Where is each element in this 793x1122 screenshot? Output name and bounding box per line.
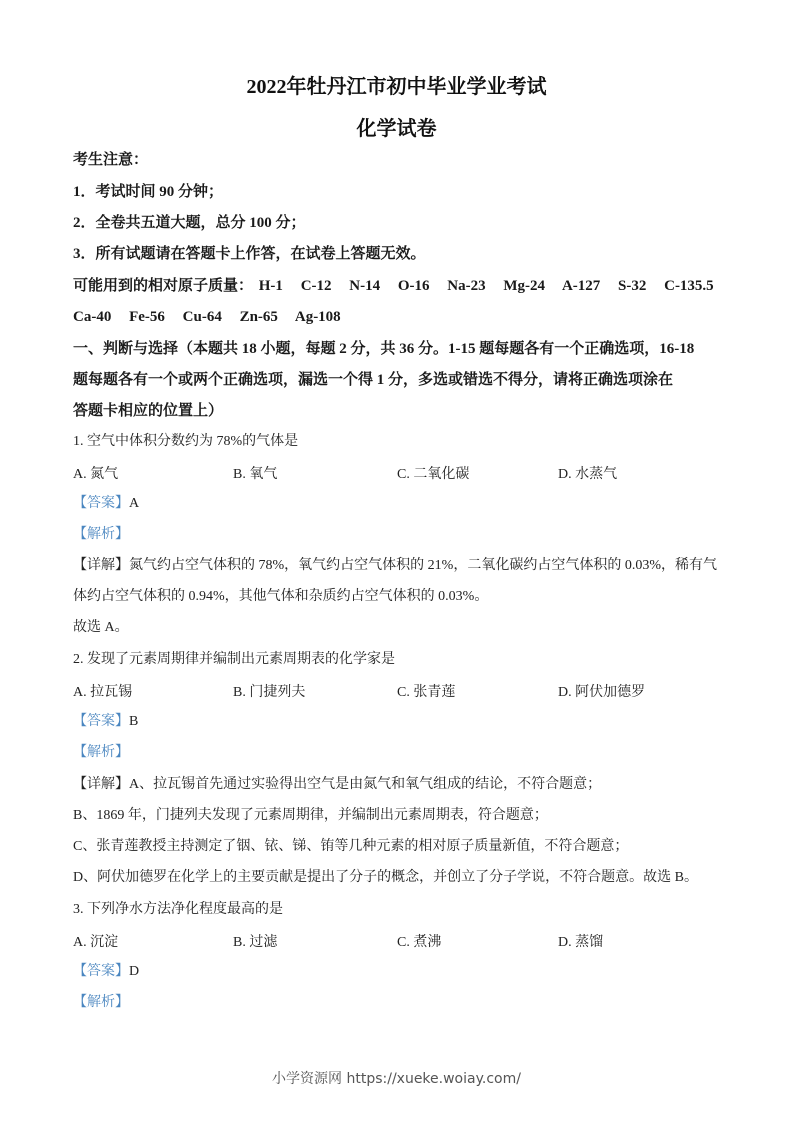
- section-1-instructions-line-3: 答题卡相应的位置上）: [73, 401, 223, 421]
- atomic-mass: C-12: [301, 278, 332, 294]
- notice-heading: 考生注意：: [73, 150, 148, 170]
- atomic-mass: Mg-24: [503, 278, 545, 294]
- answer-value: B: [129, 714, 138, 729]
- detail-text: A、拉瓦锡首先通过实验得出空气是由氮气和氧气组成的结论，不符合题意；: [129, 777, 601, 792]
- answer-value: A: [129, 496, 139, 511]
- answer-label: 【答案】: [73, 496, 129, 511]
- question-2-option-b: B. 门捷列夫: [233, 681, 305, 701]
- question-2-option-d: D. 阿伏加德罗: [558, 681, 645, 701]
- answer-label: 【答案】: [73, 714, 129, 729]
- question-3-answer: 【答案】D: [73, 962, 139, 982]
- atomic-mass: Na-23: [447, 278, 485, 294]
- question-3-option-b: B. 过滤: [233, 931, 277, 951]
- atomic-mass: Cu-64: [183, 309, 222, 325]
- question-2-option-c: C. 张青莲: [397, 681, 455, 701]
- question-3-option-c: C. 煮沸: [397, 931, 441, 951]
- question-2-detail-line-3: C、张青莲教授主持测定了铟、铱、锑、铕等几种元素的相对原子质量新值，不符合题意；: [73, 837, 628, 857]
- question-3-option-d: D. 蒸馏: [558, 931, 603, 951]
- question-1-option-c: C. 二氧化碳: [397, 463, 469, 483]
- footer-watermark: 小学资源网 https://xueke.woiay.com/: [0, 1068, 793, 1088]
- answer-label: 【答案】: [73, 964, 129, 979]
- question-2-answer: 【答案】B: [73, 712, 138, 732]
- detail-text: 氮气约占空气体积的 78%，氧气约占空气体积的 21%，二氧化碳约占空气体积的 …: [129, 558, 717, 573]
- notice-item-1: 1．考试时间 90 分钟；: [73, 182, 223, 202]
- atomic-mass: S-32: [618, 278, 646, 294]
- question-1-conclusion: 故选 A。: [73, 618, 129, 638]
- question-1-option-a: A. 氮气: [73, 463, 118, 483]
- question-1-stem: 1. 空气中体积分数约为 78%的气体是: [73, 432, 298, 452]
- atomic-mass: Ca-40: [73, 309, 111, 325]
- question-2-option-a: A. 拉瓦锡: [73, 681, 132, 701]
- atomic-mass: N-14: [349, 278, 380, 294]
- atomic-mass: O-16: [398, 278, 430, 294]
- answer-value: D: [129, 964, 139, 979]
- atomic-mass-label: 可能用到的相对原子质量：: [73, 278, 253, 294]
- notice-item-3: 3．所有试题请在答题卡上作答，在试卷上答题无效。: [73, 244, 426, 264]
- section-1-instructions-line-1: 一、判断与选择（本题共 18 小题，每题 2 分，共 36 分。1-15 题每题…: [73, 339, 694, 359]
- atomic-mass: Ag-108: [295, 309, 341, 325]
- atomic-mass: Fe-56: [129, 309, 165, 325]
- question-1-detail-line-1: 【详解】氮气约占空气体积的 78%，氧气约占空气体积的 21%，二氧化碳约占空气…: [73, 556, 717, 576]
- question-1-option-b: B. 氧气: [233, 463, 277, 483]
- question-2-detail-line-4: D、阿伏加德罗在化学上的主要贡献是提出了分子的概念，并创立了分子学说，不符合题意…: [73, 868, 698, 888]
- question-2-stem: 2. 发现了元素周期律并编制出元素周期表的化学家是: [73, 650, 395, 670]
- exam-title: 2022年牡丹江市初中毕业学业考试: [0, 70, 793, 99]
- atomic-mass: H-1: [259, 278, 283, 294]
- question-1-answer: 【答案】A: [73, 494, 139, 514]
- atomic-mass: Zn-65: [240, 309, 278, 325]
- question-2-detail-line-1: 【详解】A、拉瓦锡首先通过实验得出空气是由氮气和氧气组成的结论，不符合题意；: [73, 775, 601, 795]
- section-1-instructions-line-2: 题每题各有一个或两个正确选项，漏选一个得 1 分，多选或错选不得分，请将正确选项…: [73, 370, 673, 390]
- exam-page: 2022年牡丹江市初中毕业学业考试 化学试卷 考生注意： 1．考试时间 90 分…: [0, 0, 793, 1122]
- question-3-option-a: A. 沉淀: [73, 931, 118, 951]
- question-1-analysis-label: 【解析】: [73, 525, 129, 545]
- exam-subtitle: 化学试卷: [0, 112, 793, 141]
- question-3-stem: 3. 下列净水方法净化程度最高的是: [73, 900, 283, 920]
- detail-label: 【详解】: [73, 558, 129, 573]
- atomic-mass: A-127: [562, 278, 600, 294]
- question-2-analysis-label: 【解析】: [73, 743, 129, 763]
- detail-label: 【详解】: [73, 777, 129, 792]
- question-3-analysis-label: 【解析】: [73, 993, 129, 1013]
- question-1-detail-line-2: 体约占空气体积的 0.94%，其他气体和杂质约占空气体积的 0.03%。: [73, 587, 488, 607]
- question-1-option-d: D. 水蒸气: [558, 463, 617, 483]
- notice-item-2: 2．全卷共五道大题，总分 100 分；: [73, 213, 306, 233]
- atomic-mass: C-135.5: [664, 278, 714, 294]
- atomic-mass-line-1: 可能用到的相对原子质量： H-1 C-12 N-14 O-16 Na-23 Mg…: [73, 276, 728, 296]
- question-2-detail-line-2: B、1869 年，门捷列夫发现了元素周期律，并编制出元素周期表，符合题意；: [73, 806, 548, 826]
- atomic-mass-line-2: Ca-40 Fe-56 Cu-64 Zn-65 Ag-108: [73, 307, 355, 327]
